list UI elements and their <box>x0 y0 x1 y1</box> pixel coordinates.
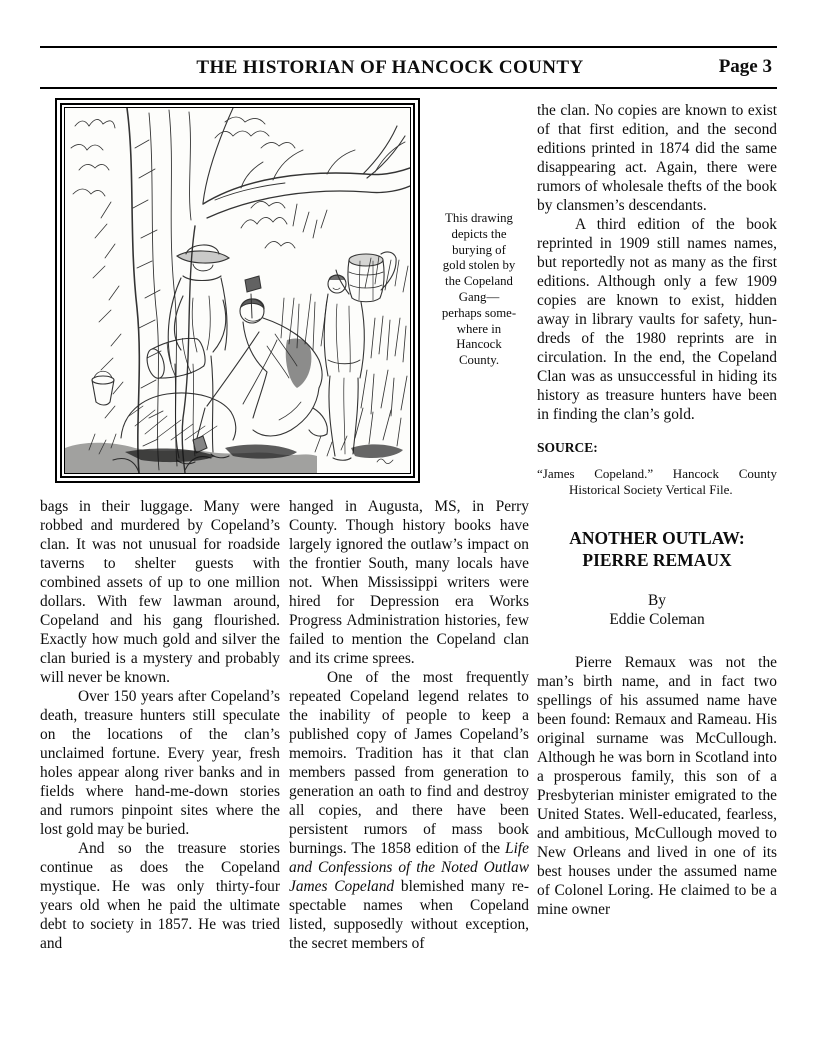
paragraph-treasure-hunters: Over 150 years after Copeland’s death, t… <box>40 687 280 839</box>
paragraph-luggage: bags in their luggage. Many were robbed … <box>40 497 280 687</box>
page-number: Page 3 <box>719 56 772 78</box>
newsletter-title: THE HISTORIAN OF HANCOCK COUNTY <box>110 57 670 79</box>
newsletter-page: THE HISTORIAN OF HANCOCK COUNTY Page 3 <box>0 0 816 1056</box>
paragraph-memoirs: One of the most fre­quently repeated Cop… <box>289 668 529 953</box>
paragraph-third-edition: A third edition of the book reprinted in… <box>537 215 777 424</box>
illustration-frame <box>55 98 420 483</box>
article-heading: ANOTHER OUTLAW: PIERRE REMAUX <box>537 527 777 571</box>
paragraph-hanged: hanged in Augusta, MS, in Perry County. … <box>289 497 529 668</box>
buried-gold-illustration <box>65 108 410 473</box>
byline: By Eddie Coleman <box>537 591 777 629</box>
memoirs-text-before: One of the most fre­quently repeated Cop… <box>289 669 529 857</box>
illustration-caption: This drawing depicts the burying of gold… <box>423 211 535 369</box>
sketch-keg-large <box>348 254 384 302</box>
paragraph-mystique: And so the treasure sto­ries continue as… <box>40 839 280 953</box>
sketch-ground <box>65 393 403 473</box>
illustration-frame-middle-border <box>60 103 415 478</box>
header-rule-top <box>40 46 777 48</box>
source-heading: SOURCE: <box>537 440 777 456</box>
header-rule-bottom <box>40 87 777 89</box>
paragraph-no-copies: the clan. No copies are known to exist o… <box>537 101 777 215</box>
illustration-frame-inner-border <box>64 107 411 474</box>
column-right: the clan. No copies are known to exist o… <box>537 101 777 919</box>
paragraph-pierre-remaux: Pierre Remaux was not the man’s birth na… <box>537 653 777 919</box>
source-citation: “James Copeland.” Hancock County Histori… <box>537 466 777 497</box>
column-middle: hanged in Augusta, MS, in Perry County. … <box>289 497 529 953</box>
column-left: bags in their luggage. Many were robbed … <box>40 497 280 953</box>
